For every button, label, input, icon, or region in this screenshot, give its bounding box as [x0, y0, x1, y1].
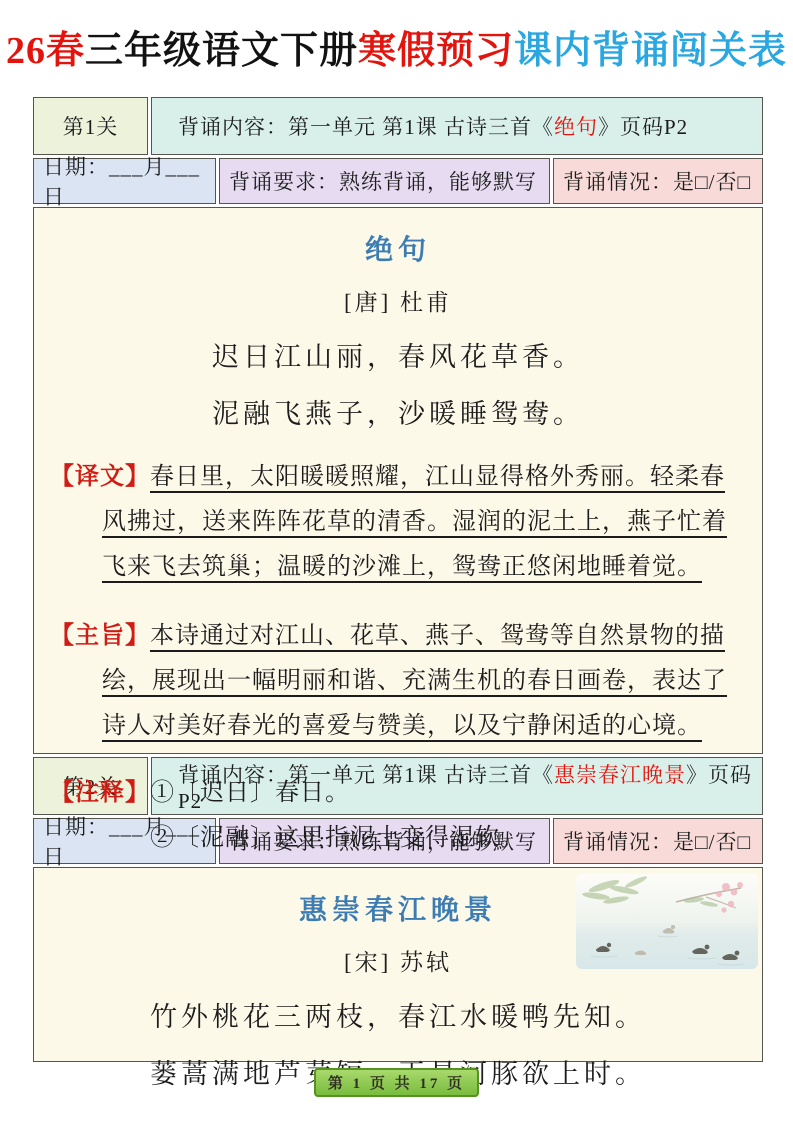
poem1-line: 泥融飞燕子，沙暖睡鸳鸯。 [34, 392, 762, 431]
page-number-badge: 第 1 页 共 17 页 [314, 1068, 479, 1097]
note-item: ①〔迟日〕春日。 [150, 780, 350, 806]
page-footer: 第 1 页 共 17 页 [0, 1068, 793, 1097]
poem1-author: [唐] 杜甫 [34, 284, 762, 317]
content-suffix: 》页码P2 [598, 115, 688, 139]
translation-paragraph: 【译文】春日里，太阳暖暖照耀，江山显得格外秀丽。轻柔春风拂过，送来阵阵花草的清香… [50, 455, 746, 590]
poem1-title: 绝句 [34, 228, 762, 268]
theme-paragraph: 【主旨】本诗通过对江山、花草、燕子、鸳鸯等自然景物的描绘，展现出一幅明丽和谐、充… [50, 614, 746, 749]
title-part-subject: 课内背诵闯关表 [514, 30, 787, 72]
title-part-grade: 三年级语文下册 [85, 30, 358, 72]
poem1-line: 迟日江山丽，春风花草香。 [34, 335, 762, 374]
requirement-cell-1: 背诵要求：熟练背诵，能够默写 [219, 158, 550, 204]
level-label: 第1关 [63, 111, 119, 141]
content-poem-name: 绝句 [554, 115, 598, 139]
notes-paragraph: 【注释】 ①〔迟日〕春日。 ②〔泥融〕这里指泥土变得湿软。 [50, 771, 746, 861]
title-part-preview: 寒假预习 [358, 30, 514, 72]
poem2-line: 竹外桃花三两枝，春江水暖鸭先知。 [34, 995, 762, 1034]
translation-text: 春日里，太阳暖暖照耀，江山显得格外秀丽。轻柔春风拂过，送来阵阵花草的清香。湿润的… [102, 464, 727, 580]
theme-label: 【主旨】 [50, 623, 150, 649]
requirement-label: 背诵要求：熟练背诵，能够默写 [229, 166, 537, 196]
page-title: 26春三年级语文下册寒假预习课内背诵闯关表 [0, 26, 793, 76]
section1-header-row: 第1关 背诵内容：第一单元 第1课 古诗三首《绝句》页码P2 [33, 97, 763, 155]
content-cell-1: 背诵内容：第一单元 第1课 古诗三首《绝句》页码P2 [151, 97, 763, 155]
note-item: ②〔泥融〕这里指泥土变得湿软。 [150, 825, 525, 851]
status-cell-1: 背诵情况：是□/否□ [553, 158, 763, 204]
title-part-edition: 26春 [6, 30, 85, 72]
status-label: 背诵情况：是□/否□ [563, 166, 751, 196]
theme-text: 本诗通过对江山、花草、燕子、鸳鸯等自然景物的描绘，展现出一幅明丽和谐、充满生机的… [102, 623, 727, 739]
spring-river-ducks-painting-icon [576, 874, 758, 969]
section1-meta-row: 日期：___月___日 背诵要求：熟练背诵，能够默写 背诵情况：是□/否□ [33, 158, 763, 204]
content-prefix: 背诵内容：第一单元 第1课 古诗三首《 [178, 115, 554, 139]
translation-label: 【译文】 [50, 464, 150, 490]
level-badge-1: 第1关 [33, 97, 148, 155]
date-cell-1: 日期：___月___日 [33, 158, 216, 204]
notes-lines: ①〔迟日〕春日。 ②〔泥融〕这里指泥土变得湿软。 [150, 771, 525, 861]
content-text: 背诵内容：第一单元 第1课 古诗三首《绝句》页码P2 [178, 111, 688, 141]
recitation-sheet: 第1关 背诵内容：第一单元 第1课 古诗三首《绝句》页码P2 日期：___月__… [33, 97, 763, 1062]
poem2-body: 惠崇春江晚景 [宋] 苏轼 竹外桃花三两枝，春江水暖鸭先知。 蒌蒿满地芦芽短，正… [33, 867, 763, 1062]
poem1-body: 绝句 [唐] 杜甫 迟日江山丽，春风花草香。 泥融飞燕子，沙暖睡鸳鸯。 【译文】… [33, 207, 763, 754]
notes-label: 【注释】 [50, 771, 150, 861]
date-label: 日期：___月___日 [43, 151, 209, 211]
